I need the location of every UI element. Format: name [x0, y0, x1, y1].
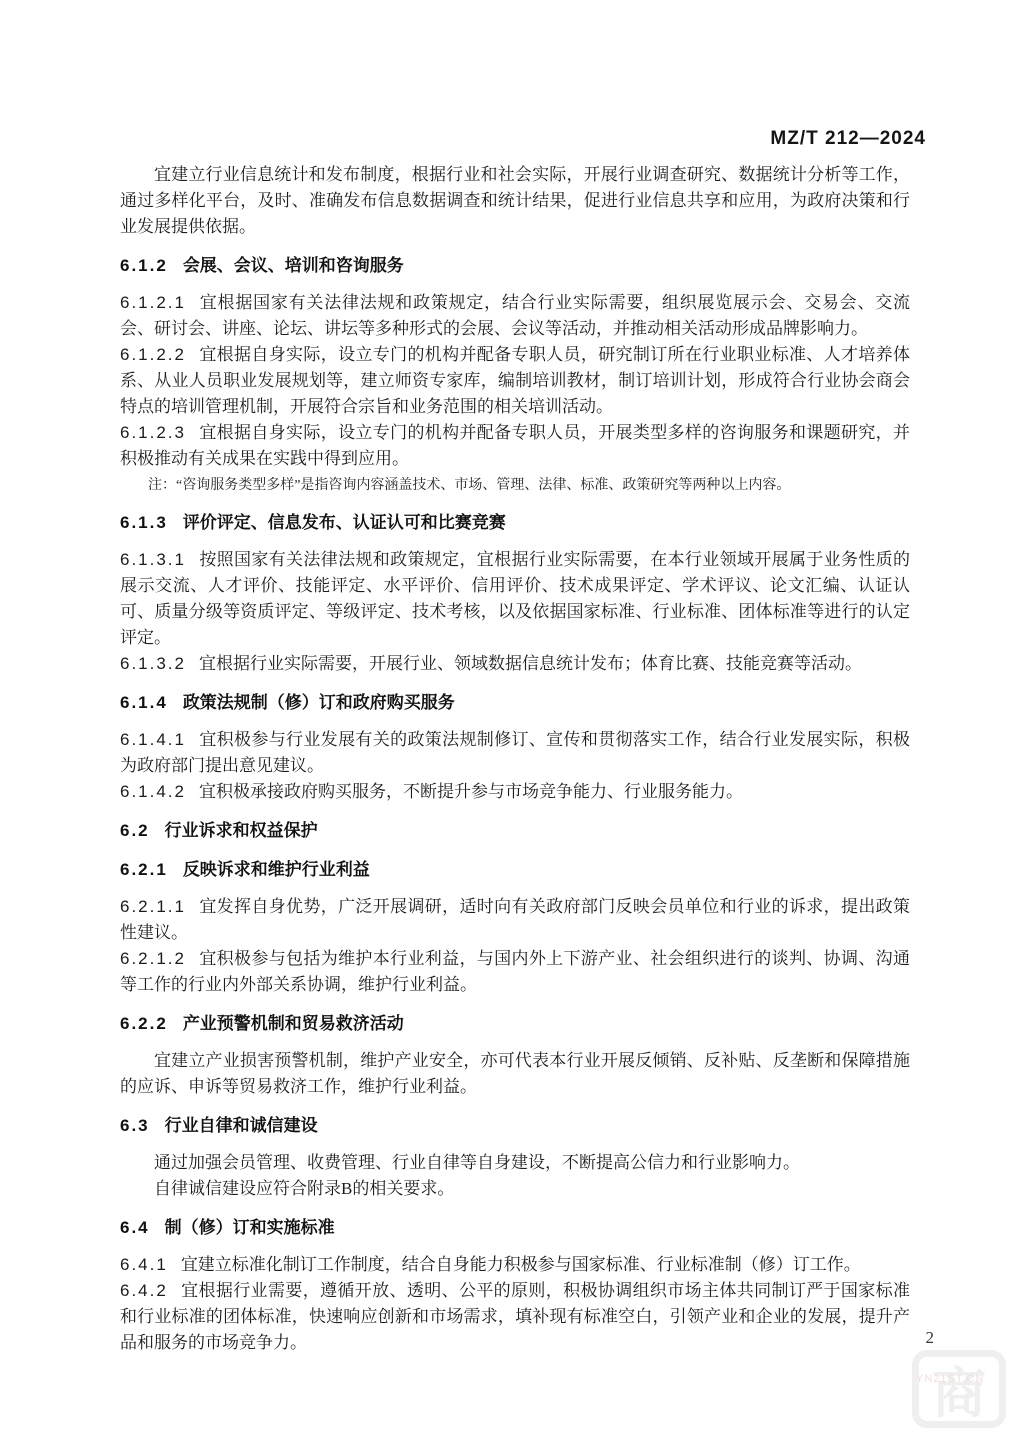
clause-text: 宜积极参与行业发展有关的政策法规制修订、宣传和贯彻落实工作，结合行业发展实际，积…: [120, 730, 910, 775]
clause-number: 6.1.2.2: [120, 345, 186, 364]
clause-paragraph: 6.4.2宜根据行业需要，遵循开放、透明、公平的原则，积极协调组织市场主体共同制…: [120, 1278, 910, 1356]
page-number: 2: [926, 1328, 935, 1348]
section-number: 6.2.2: [120, 1014, 168, 1033]
section-title: 产业预警机制和贸易救济活动: [183, 1014, 404, 1033]
clause-text: 宜根据行业实际需要，开展行业、领域数据信息统计发布；体育比赛、技能竞赛等活动。: [199, 654, 862, 673]
body-paragraph: 宜建立产业损害预警机制，维护产业安全，亦可代表本行业开展反倾销、反补贴、反垄断和…: [120, 1048, 910, 1100]
clause-text: 宜根据行业需要，遵循开放、透明、公平的原则，积极协调组织市场主体共同制订严于国家…: [120, 1281, 910, 1352]
section-heading: 6.3行业自律和诚信建设: [120, 1113, 910, 1139]
clause-text: 宜建立标准化制订工作制度，结合自身能力积极参与国家标准、行业标准制（修）订工作。: [181, 1255, 861, 1274]
body-paragraph: 通过加强会员管理、收费管理、行业自律等自身建设，不断提高公信力和行业影响力。: [120, 1150, 910, 1176]
section-title: 反映诉求和维护行业利益: [183, 860, 370, 879]
body-paragraph: 宜建立行业信息统计和发布制度，根据行业和社会实际，开展行业调查研究、数据统计分析…: [120, 162, 910, 240]
clause-text: 宜根据国家有关法律法规和政策规定，结合行业实际需要，组织展览展示会、交易会、交流…: [120, 293, 910, 338]
page-header: MZ/T 212—2024: [120, 128, 926, 150]
body-paragraph: 自律诚信建设应符合附录B的相关要求。: [120, 1176, 910, 1202]
clause-number: 6.4.1: [120, 1255, 168, 1274]
note-paragraph: 注：“咨询服务类型多样”是指咨询内容涵盖技术、市场、管理、法律、标准、政策研究等…: [120, 475, 910, 497]
clause-text: 宜积极参与包括为维护本行业利益，与国内外上下游产业、社会组织进行的谈判、协调、沟…: [120, 949, 910, 994]
clause-paragraph: 6.1.4.2宜积极承接政府购买服务，不断提升参与市场竞争能力、行业服务能力。: [120, 779, 910, 805]
section-number: 6.3: [120, 1116, 150, 1135]
document-body: 宜建立行业信息统计和发布制度，根据行业和社会实际，开展行业调查研究、数据统计分析…: [120, 162, 910, 1356]
clause-paragraph: 6.1.3.2宜根据行业实际需要，开展行业、领域数据信息统计发布；体育比赛、技能…: [120, 651, 910, 677]
section-number: 6.4: [120, 1218, 150, 1237]
watermark-glyph: 商: [932, 1351, 986, 1428]
standard-code: MZ/T 212—2024: [770, 128, 926, 149]
clause-text: 宜根据自身实际，设立专门的机构并配备专职人员，开展类型多样的咨询服务和课题研究，…: [120, 423, 910, 468]
section-heading: 6.1.3评价评定、信息发布、认证认可和比赛竞赛: [120, 510, 910, 536]
clause-text: 宜根据自身实际，设立专门的机构并配备专职人员，研究制订所在行业职业标准、人才培养…: [120, 345, 910, 416]
section-number: 6.2.1: [120, 860, 168, 879]
clause-number: 6.1.4.1: [120, 730, 186, 749]
watermark: 商 YN21ST.CN: [912, 1350, 1006, 1428]
watermark-logo-icon: 商: [912, 1350, 1006, 1428]
section-title: 政策法规制（修）订和政府购买服务: [183, 693, 455, 712]
clause-number: 6.1.2.1: [120, 293, 186, 312]
section-title: 会展、会议、培训和咨询服务: [183, 256, 404, 275]
section-number: 6.2: [120, 821, 150, 840]
clause-number: 6.2.1.1: [120, 897, 186, 916]
document-page: MZ/T 212—2024 宜建立行业信息统计和发布制度，根据行业和社会实际，开…: [0, 0, 1024, 1448]
section-title: 制（修）订和实施标准: [165, 1218, 335, 1237]
clause-paragraph: 6.1.4.1宜积极参与行业发展有关的政策法规制修订、宣传和贯彻落实工作，结合行…: [120, 727, 910, 779]
section-heading: 6.4制（修）订和实施标准: [120, 1215, 910, 1241]
clause-text: 宜积极承接政府购买服务，不断提升参与市场竞争能力、行业服务能力。: [199, 782, 743, 801]
section-title: 行业诉求和权益保护: [165, 821, 318, 840]
section-title: 行业自律和诚信建设: [165, 1116, 318, 1135]
clause-number: 6.1.3.1: [120, 550, 186, 569]
section-number: 6.1.2: [120, 256, 168, 275]
clause-paragraph: 6.2.1.1宜发挥自身优势，广泛开展调研，适时向有关政府部门反映会员单位和行业…: [120, 894, 910, 946]
clause-number: 6.1.3.2: [120, 654, 186, 673]
section-heading: 6.2.1反映诉求和维护行业利益: [120, 857, 910, 883]
clause-number: 6.2.1.2: [120, 949, 186, 968]
clause-number: 6.4.2: [120, 1281, 168, 1300]
section-heading: 6.2.2产业预警机制和贸易救济活动: [120, 1011, 910, 1037]
section-heading: 6.1.4政策法规制（修）订和政府购买服务: [120, 690, 910, 716]
section-heading: 6.1.2会展、会议、培训和咨询服务: [120, 253, 910, 279]
clause-paragraph: 6.1.3.1按照国家有关法律法规和政策规定，宜根据行业实际需要，在本行业领域开…: [120, 547, 910, 651]
section-heading: 6.2行业诉求和权益保护: [120, 818, 910, 844]
clause-number: 6.1.2.3: [120, 423, 186, 442]
clause-paragraph: 6.1.2.3宜根据自身实际，设立专门的机构并配备专职人员，开展类型多样的咨询服…: [120, 420, 910, 472]
clause-paragraph: 6.2.1.2宜积极参与包括为维护本行业利益，与国内外上下游产业、社会组织进行的…: [120, 946, 910, 998]
clause-text: 按照国家有关法律法规和政策规定，宜根据行业实际需要，在本行业领域开展属于业务性质…: [120, 550, 910, 647]
section-number: 6.1.4: [120, 693, 168, 712]
section-title: 评价评定、信息发布、认证认可和比赛竞赛: [183, 513, 506, 532]
clause-paragraph: 6.1.2.1宜根据国家有关法律法规和政策规定，结合行业实际需要，组织展览展示会…: [120, 290, 910, 342]
clause-number: 6.1.4.2: [120, 782, 186, 801]
watermark-text: YN21ST.CN: [916, 1373, 984, 1385]
clause-paragraph: 6.1.2.2宜根据自身实际，设立专门的机构并配备专职人员，研究制订所在行业职业…: [120, 342, 910, 420]
clause-paragraph: 6.4.1宜建立标准化制订工作制度，结合自身能力积极参与国家标准、行业标准制（修…: [120, 1252, 910, 1278]
section-number: 6.1.3: [120, 513, 168, 532]
clause-text: 宜发挥自身优势，广泛开展调研，适时向有关政府部门反映会员单位和行业的诉求，提出政…: [120, 897, 910, 942]
